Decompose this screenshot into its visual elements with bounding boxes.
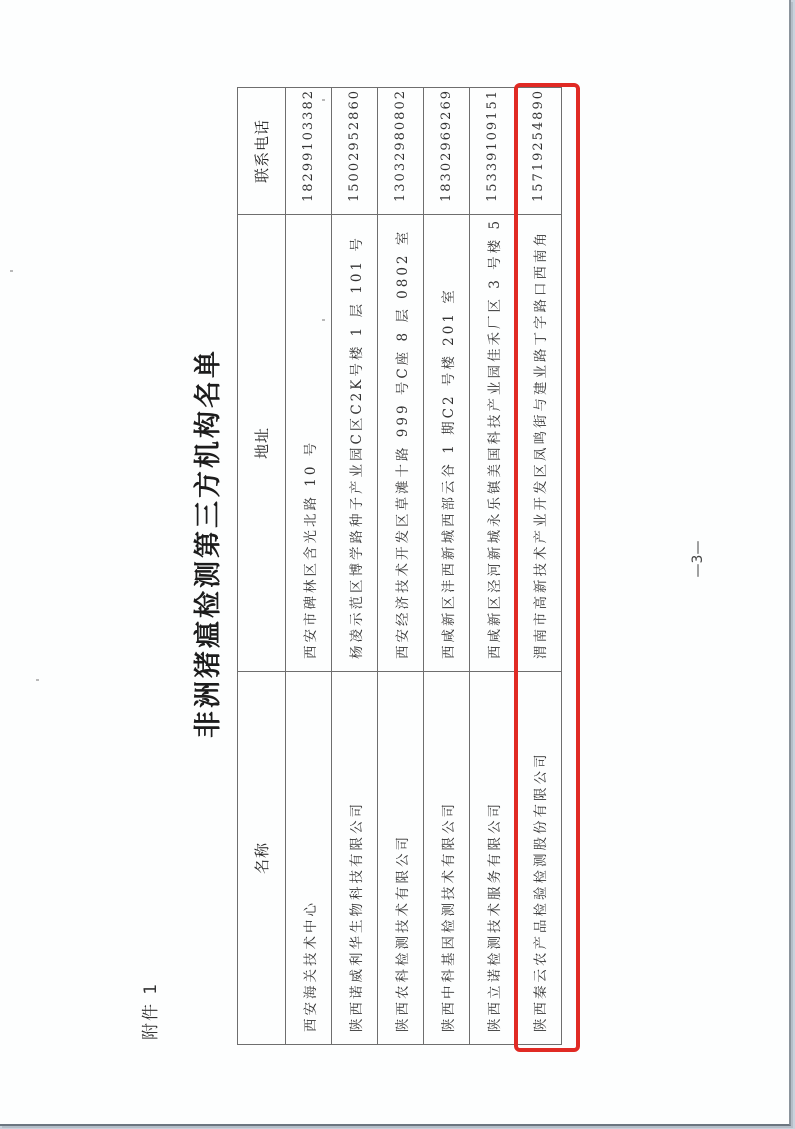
institution-name: 陕西秦云农产品检验检测股份有限公司 (516, 672, 562, 1045)
table-row: 西安海关技术中心 西安市碑林区含光北路 10 号 18299103382 (286, 88, 332, 1045)
table-row-highlighted: 陕西秦云农产品检验检测股份有限公司 渭南市高新技术产业开发区凤鸣街与建业路丁字路… (516, 88, 562, 1045)
scan-speck (10, 270, 13, 272)
rotated-page-content: 附件 1 非洲猪瘟检测第三方机构名单 名称 地址 联系电话 西安海关技术中心 西… (0, 0, 795, 1129)
scan-speck (322, 99, 325, 101)
institution-address: 西安市碑林区含光北路 10 号 (286, 215, 332, 672)
institution-address: 西咸新区泾河新城永乐镇美国科技产业园佳禾厂区 3 号楼 5 楼 (470, 215, 516, 672)
institution-phone: 15002952860 (332, 88, 378, 215)
table-row: 陕西农科检测技术有限公司 西安经济技术开发区草滩十路 999 号C座 8 层 0… (378, 88, 424, 1045)
institution-phone: 18299103382 (286, 88, 332, 215)
document-title: 非洲猪瘟检测第三方机构名单 (186, 257, 225, 829)
institution-address: 西安经济技术开发区草滩十路 999 号C座 8 层 0802 室 (378, 215, 424, 672)
scan-speck (36, 679, 39, 681)
scan-speck (322, 319, 325, 321)
table-row: 陕西立诺检测技术服务有限公司 西咸新区泾河新城永乐镇美国科技产业园佳禾厂区 3 … (470, 88, 516, 1045)
institution-name: 陕西中科基因检测技术有限公司 (424, 672, 470, 1045)
institution-phone: 15339109151 (470, 88, 516, 215)
attachment-label: 附件 1 (136, 982, 161, 1040)
institution-address: 西咸新区沣西新城西部云谷 1 期C2 号楼 201 室 (424, 215, 470, 672)
institution-phone: 18302969269 (424, 88, 470, 215)
document-page: 附件 1 非洲猪瘟检测第三方机构名单 名称 地址 联系电话 西安海关技术中心 西… (0, 0, 791, 1126)
institution-address: 渭南市高新技术产业开发区凤鸣街与建业路丁字路口西南角 (516, 215, 562, 672)
institution-name: 陕西农科检测技术有限公司 (378, 672, 424, 1045)
header-name: 名称 (238, 672, 286, 1045)
institution-name: 陕西诺威利华生物科技有限公司 (332, 672, 378, 1045)
institution-phone: 15719254890 (516, 88, 562, 215)
header-phone: 联系电话 (238, 88, 286, 215)
page-number: —3— (690, 529, 706, 589)
table-row: 陕西中科基因检测技术有限公司 西咸新区沣西新城西部云谷 1 期C2 号楼 201… (424, 88, 470, 1045)
table-header-row: 名称 地址 联系电话 (238, 88, 286, 1045)
table-row: 陕西诺威利华生物科技有限公司 杨凌示范区博学路种子产业园C区C2K号楼 1 层 … (332, 88, 378, 1045)
institution-phone: 13032980802 (378, 88, 424, 215)
institution-name: 陕西立诺检测技术服务有限公司 (470, 672, 516, 1045)
institution-address: 杨凌示范区博学路种子产业园C区C2K号楼 1 层 101 号 (332, 215, 378, 672)
institution-name: 西安海关技术中心 (286, 672, 332, 1045)
header-address: 地址 (238, 215, 286, 672)
institution-table: 名称 地址 联系电话 西安海关技术中心 西安市碑林区含光北路 10 号 1829… (237, 87, 562, 1045)
